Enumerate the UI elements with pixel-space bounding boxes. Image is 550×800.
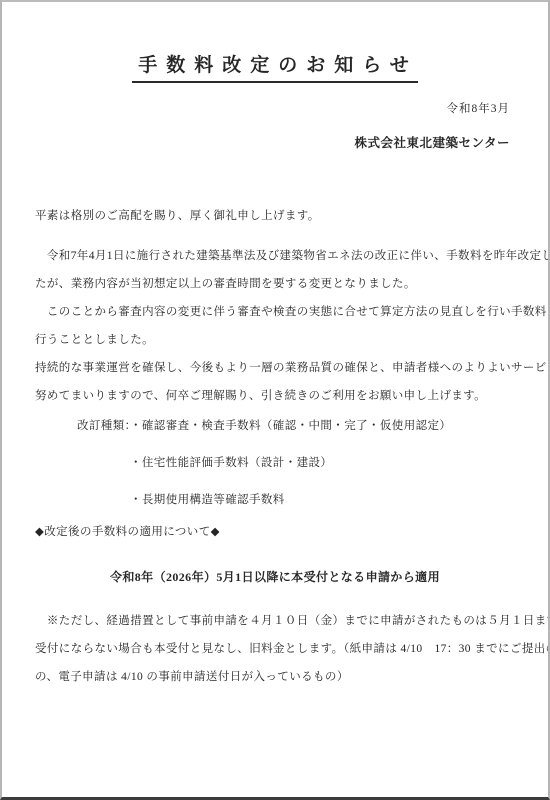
paragraph-line: 受付にならない場合も本受付と見なし、旧料金とします。（紙申請は 4/10 17：…: [35, 635, 518, 663]
notice-page: 手数料改定のお知らせ 令和8年3月 株式会社東北建築センター 平素は格別のご高配…: [0, 0, 550, 800]
application-section-heading: ◆改定後の手数料の適用について◆: [35, 518, 220, 546]
page-title: 手数料改定のお知らせ: [2, 50, 548, 83]
paragraph-line: 令和7年4月1日に施行された建築基準法及び建築物省エネ法の改正に伴い、手数料を昨…: [35, 242, 518, 270]
company-name: 株式会社東北建築センター: [354, 133, 510, 153]
commitment-paragraph: 持続的な事業運営を確保し、今後もより一層の業務品質の確保と、申請者様へのよりよい…: [35, 354, 518, 410]
background-paragraph: 令和7年4月1日に施行された建築基準法及び建築物省エネ法の改正に伴い、手数料を昨…: [35, 242, 518, 298]
paragraph-line: ※ただし、経過措置として事前申請を４月１０日（金）までに申請がされたものは５月１…: [35, 607, 518, 635]
paragraph-line: 持続的な事業運営を確保し、今後もより一層の業務品質の確保と、申請者様へのよりよい…: [35, 354, 518, 382]
paragraph-line: の、電子申請は 4/10 の事前申請送付日が入っているもの）: [35, 663, 518, 691]
revision-type-item: ・長期使用構造等確認手数料: [130, 486, 451, 514]
paragraph-line: 平素は格別のご高配を賜り、厚く御礼申し上げます。: [35, 202, 518, 230]
revision-types-label: 改訂種類：: [77, 412, 137, 440]
paragraph-line: 努めてまいりますので、何卒ご理解賜り、引き続きのご利用をお願い申し上げます。: [35, 382, 518, 410]
greeting-paragraph: 平素は格別のご高配を賜り、厚く御礼申し上げます。: [35, 202, 518, 230]
paragraph-line: たが、業務内容が当初想定以上の審査時間を要する変更となりました。: [35, 270, 518, 298]
page-title-text: 手数料改定のお知らせ: [132, 50, 417, 83]
reason-paragraph: このことから審査内容の変更に伴う審査や検査の実態に合せて算定方法の見直しを行い手…: [35, 298, 518, 354]
transition-note-paragraph: ※ただし、経過措置として事前申請を４月１０日（金）までに申請がされたものは５月１…: [35, 607, 518, 691]
revision-type-item: ・住宅性能評価手数料（設計・建設）: [130, 449, 451, 477]
issue-date: 令和8年3月: [447, 99, 511, 119]
paragraph-line: 行うこととしました。: [35, 326, 518, 354]
paragraph-line: このことから審査内容の変更に伴う審査や検査の実態に合せて算定方法の見直しを行い手…: [35, 298, 518, 326]
revision-type-item: ・確認審査・検査手数料（確認・中間・完了・仮使用認定）: [130, 412, 451, 440]
application-rule: 令和8年（2026年）5月1日以降に本受付となる申請から適用: [2, 563, 548, 591]
revision-types-list: ・確認審査・検査手数料（確認・中間・完了・仮使用認定） ・住宅性能評価手数料（設…: [130, 412, 451, 523]
